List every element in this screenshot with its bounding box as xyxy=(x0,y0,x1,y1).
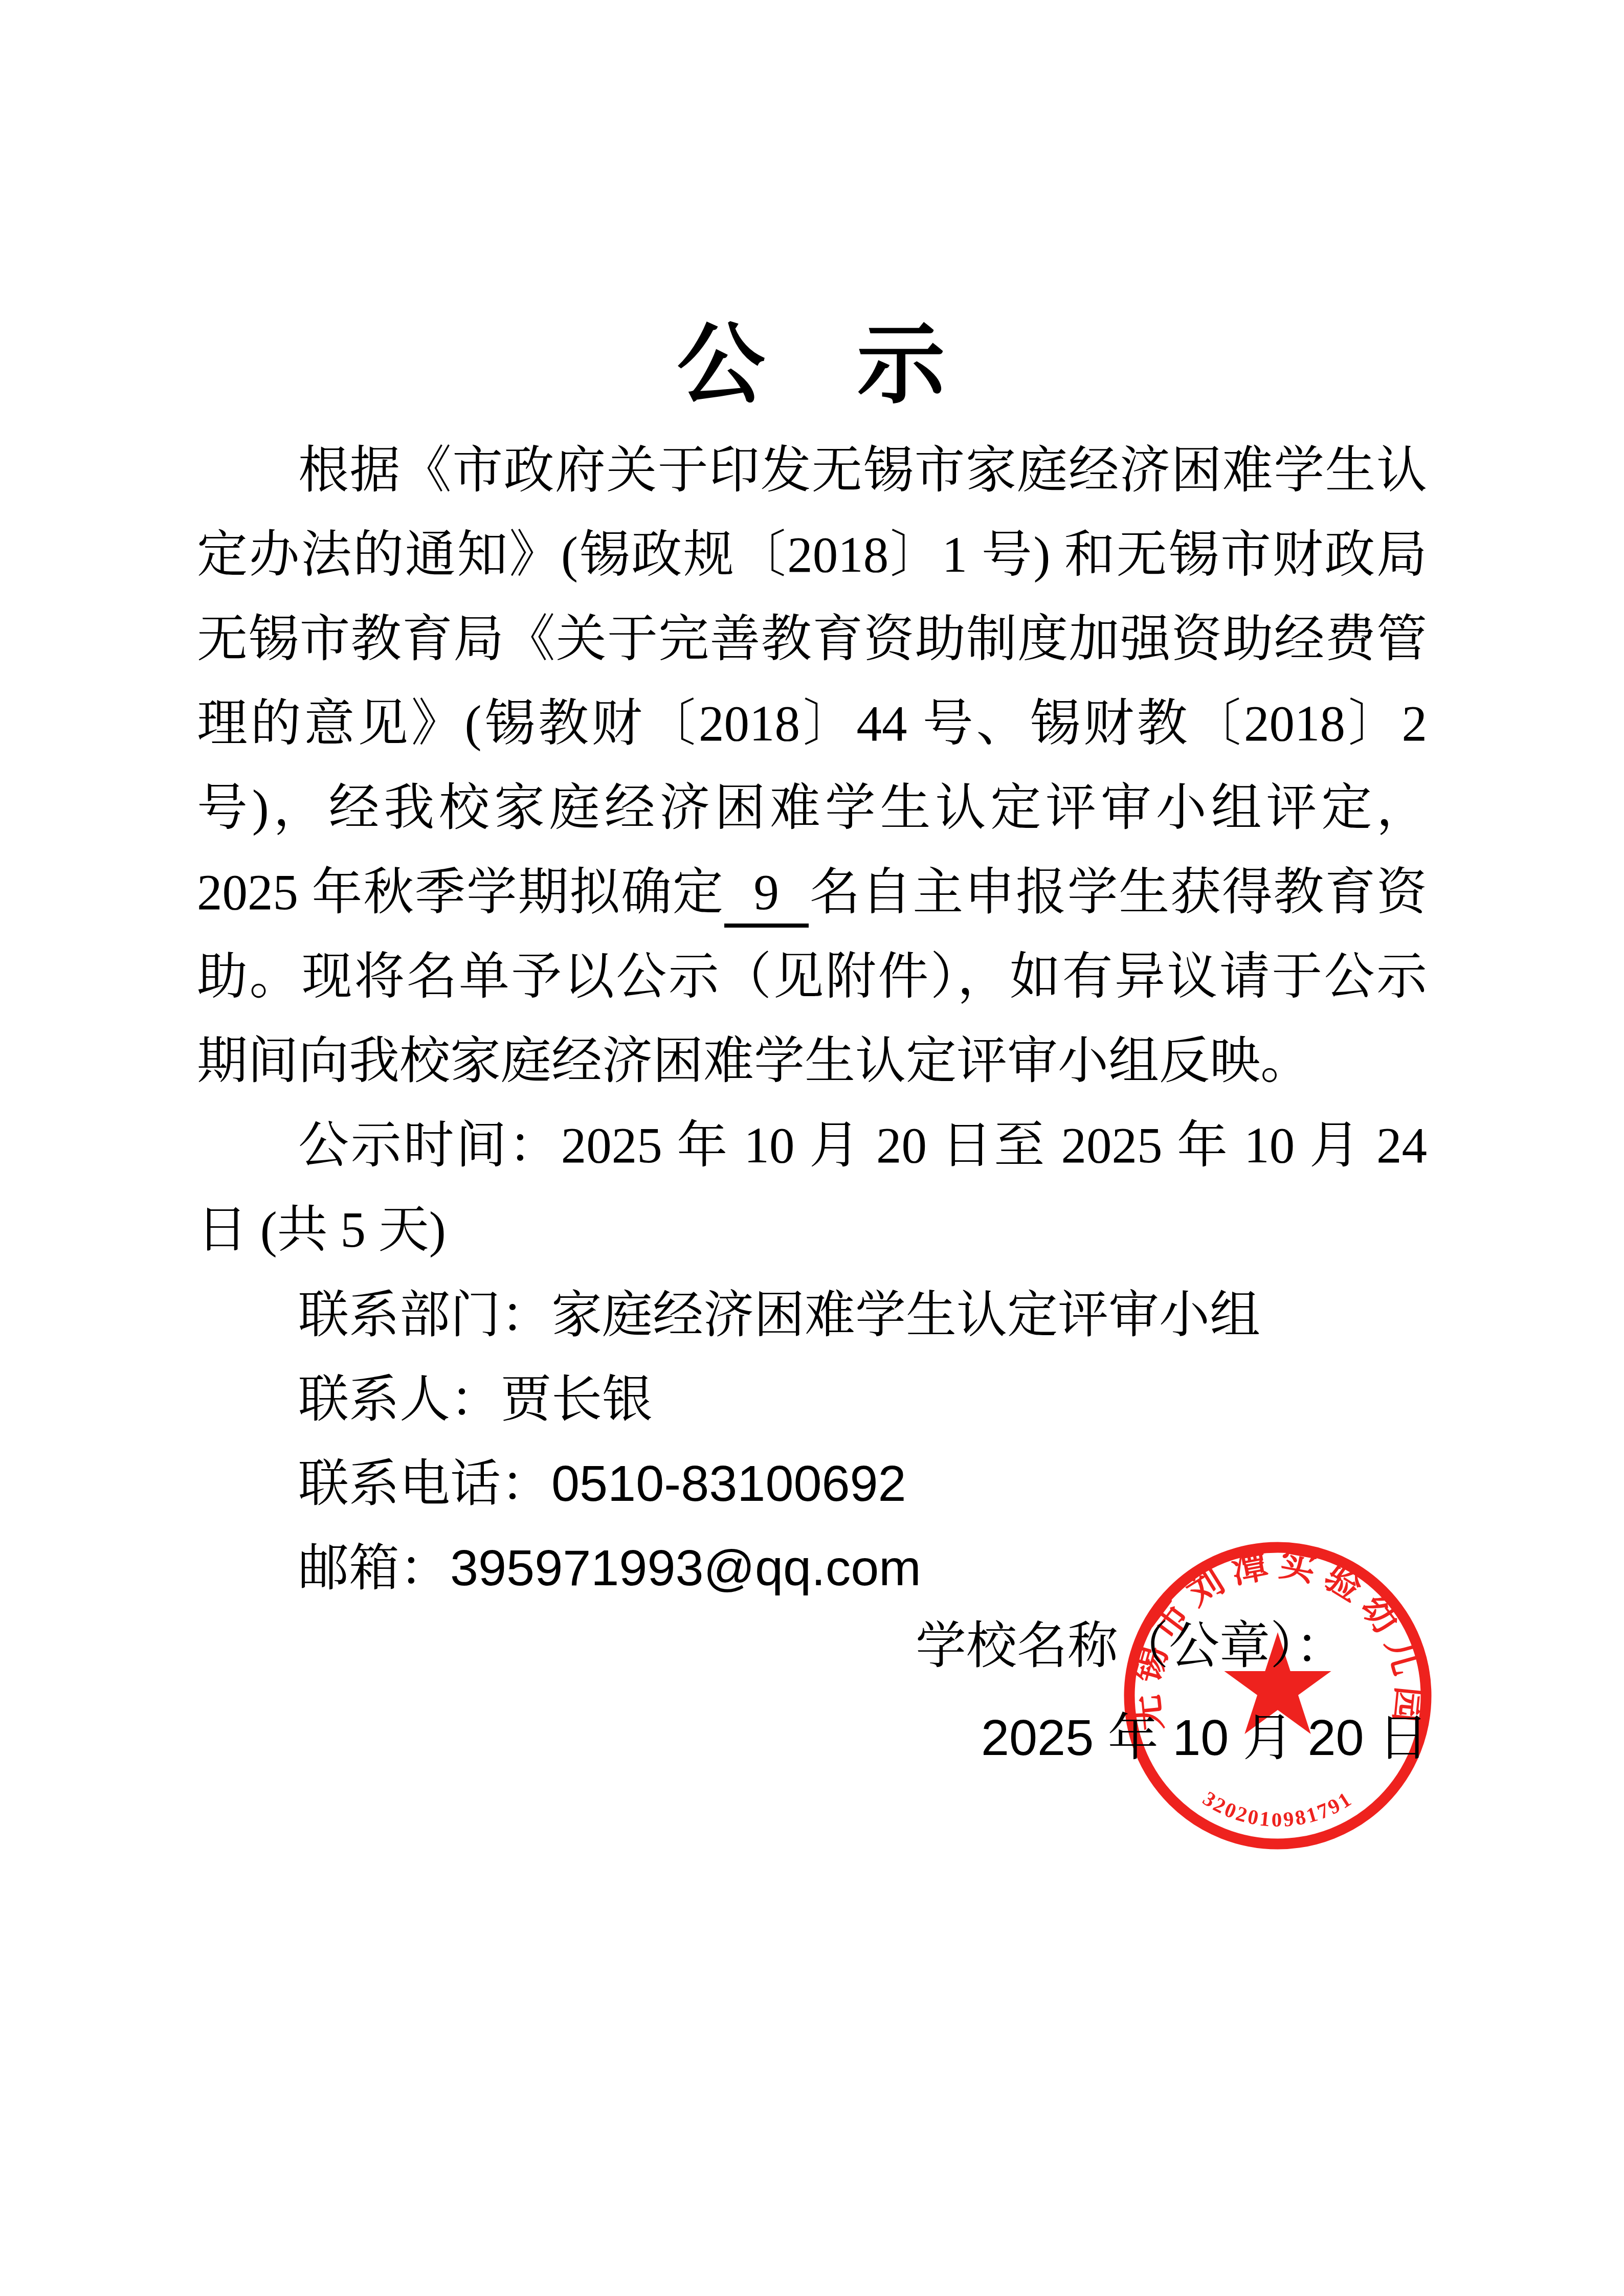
contact-phone-line: 联系电话：0510-83100692 xyxy=(197,1441,1427,1525)
publicity-period-line: 公示时间：2025 年 10 月 20 日至 2025 年 10 月 24 日 … xyxy=(197,1104,1427,1272)
contact-person-line: 联系人：贾长银 xyxy=(197,1357,1427,1441)
seal-registration-code: 3202010981791 xyxy=(1199,1786,1357,1831)
seal-registration-code-text: 3202010981791 xyxy=(1199,1786,1357,1831)
paragraph-main: 根据《市政府关于印发无锡市家庭经济困难学生认定办法的通知》(锡政规〔2018〕1… xyxy=(197,429,1427,1104)
contact-department-line: 联系部门：家庭经济困难学生认定评审小组 xyxy=(197,1272,1427,1357)
page-title: 公 示 xyxy=(0,307,1624,424)
official-red-seal: 无锡市刘潭实验幼儿园 3202010981791 xyxy=(1114,1532,1441,1859)
announcement-body: 根据《市政府关于印发无锡市家庭经济困难学生认定办法的通知》(锡政规〔2018〕1… xyxy=(197,429,1427,1610)
announcement-page: 公 示 根据《市政府关于印发无锡市家庭经济困难学生认定办法的通知》(锡政规〔20… xyxy=(0,0,1624,2296)
approved-student-count: 9 xyxy=(724,862,809,928)
paragraph-main-text-before: 根据《市政府关于印发无锡市家庭经济困难学生认定办法的通知》(锡政规〔2018〕1… xyxy=(197,443,1427,920)
seal-star-icon xyxy=(1224,1632,1331,1734)
